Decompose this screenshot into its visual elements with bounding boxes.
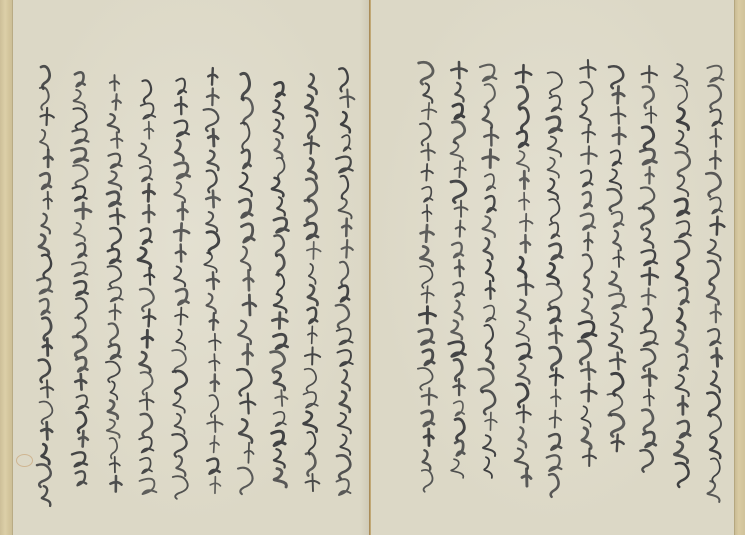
right-page-edge — [734, 0, 745, 535]
book-spread: さわやかへあらしかにいとらうきん人をとらちありつらんしのとわみ新すた日はあくもね… — [0, 0, 745, 535]
paper-stain — [16, 454, 33, 467]
left-page — [13, 0, 369, 535]
right-page — [371, 0, 734, 535]
gutter-shadow — [360, 0, 369, 535]
left-page-edge — [0, 0, 13, 535]
